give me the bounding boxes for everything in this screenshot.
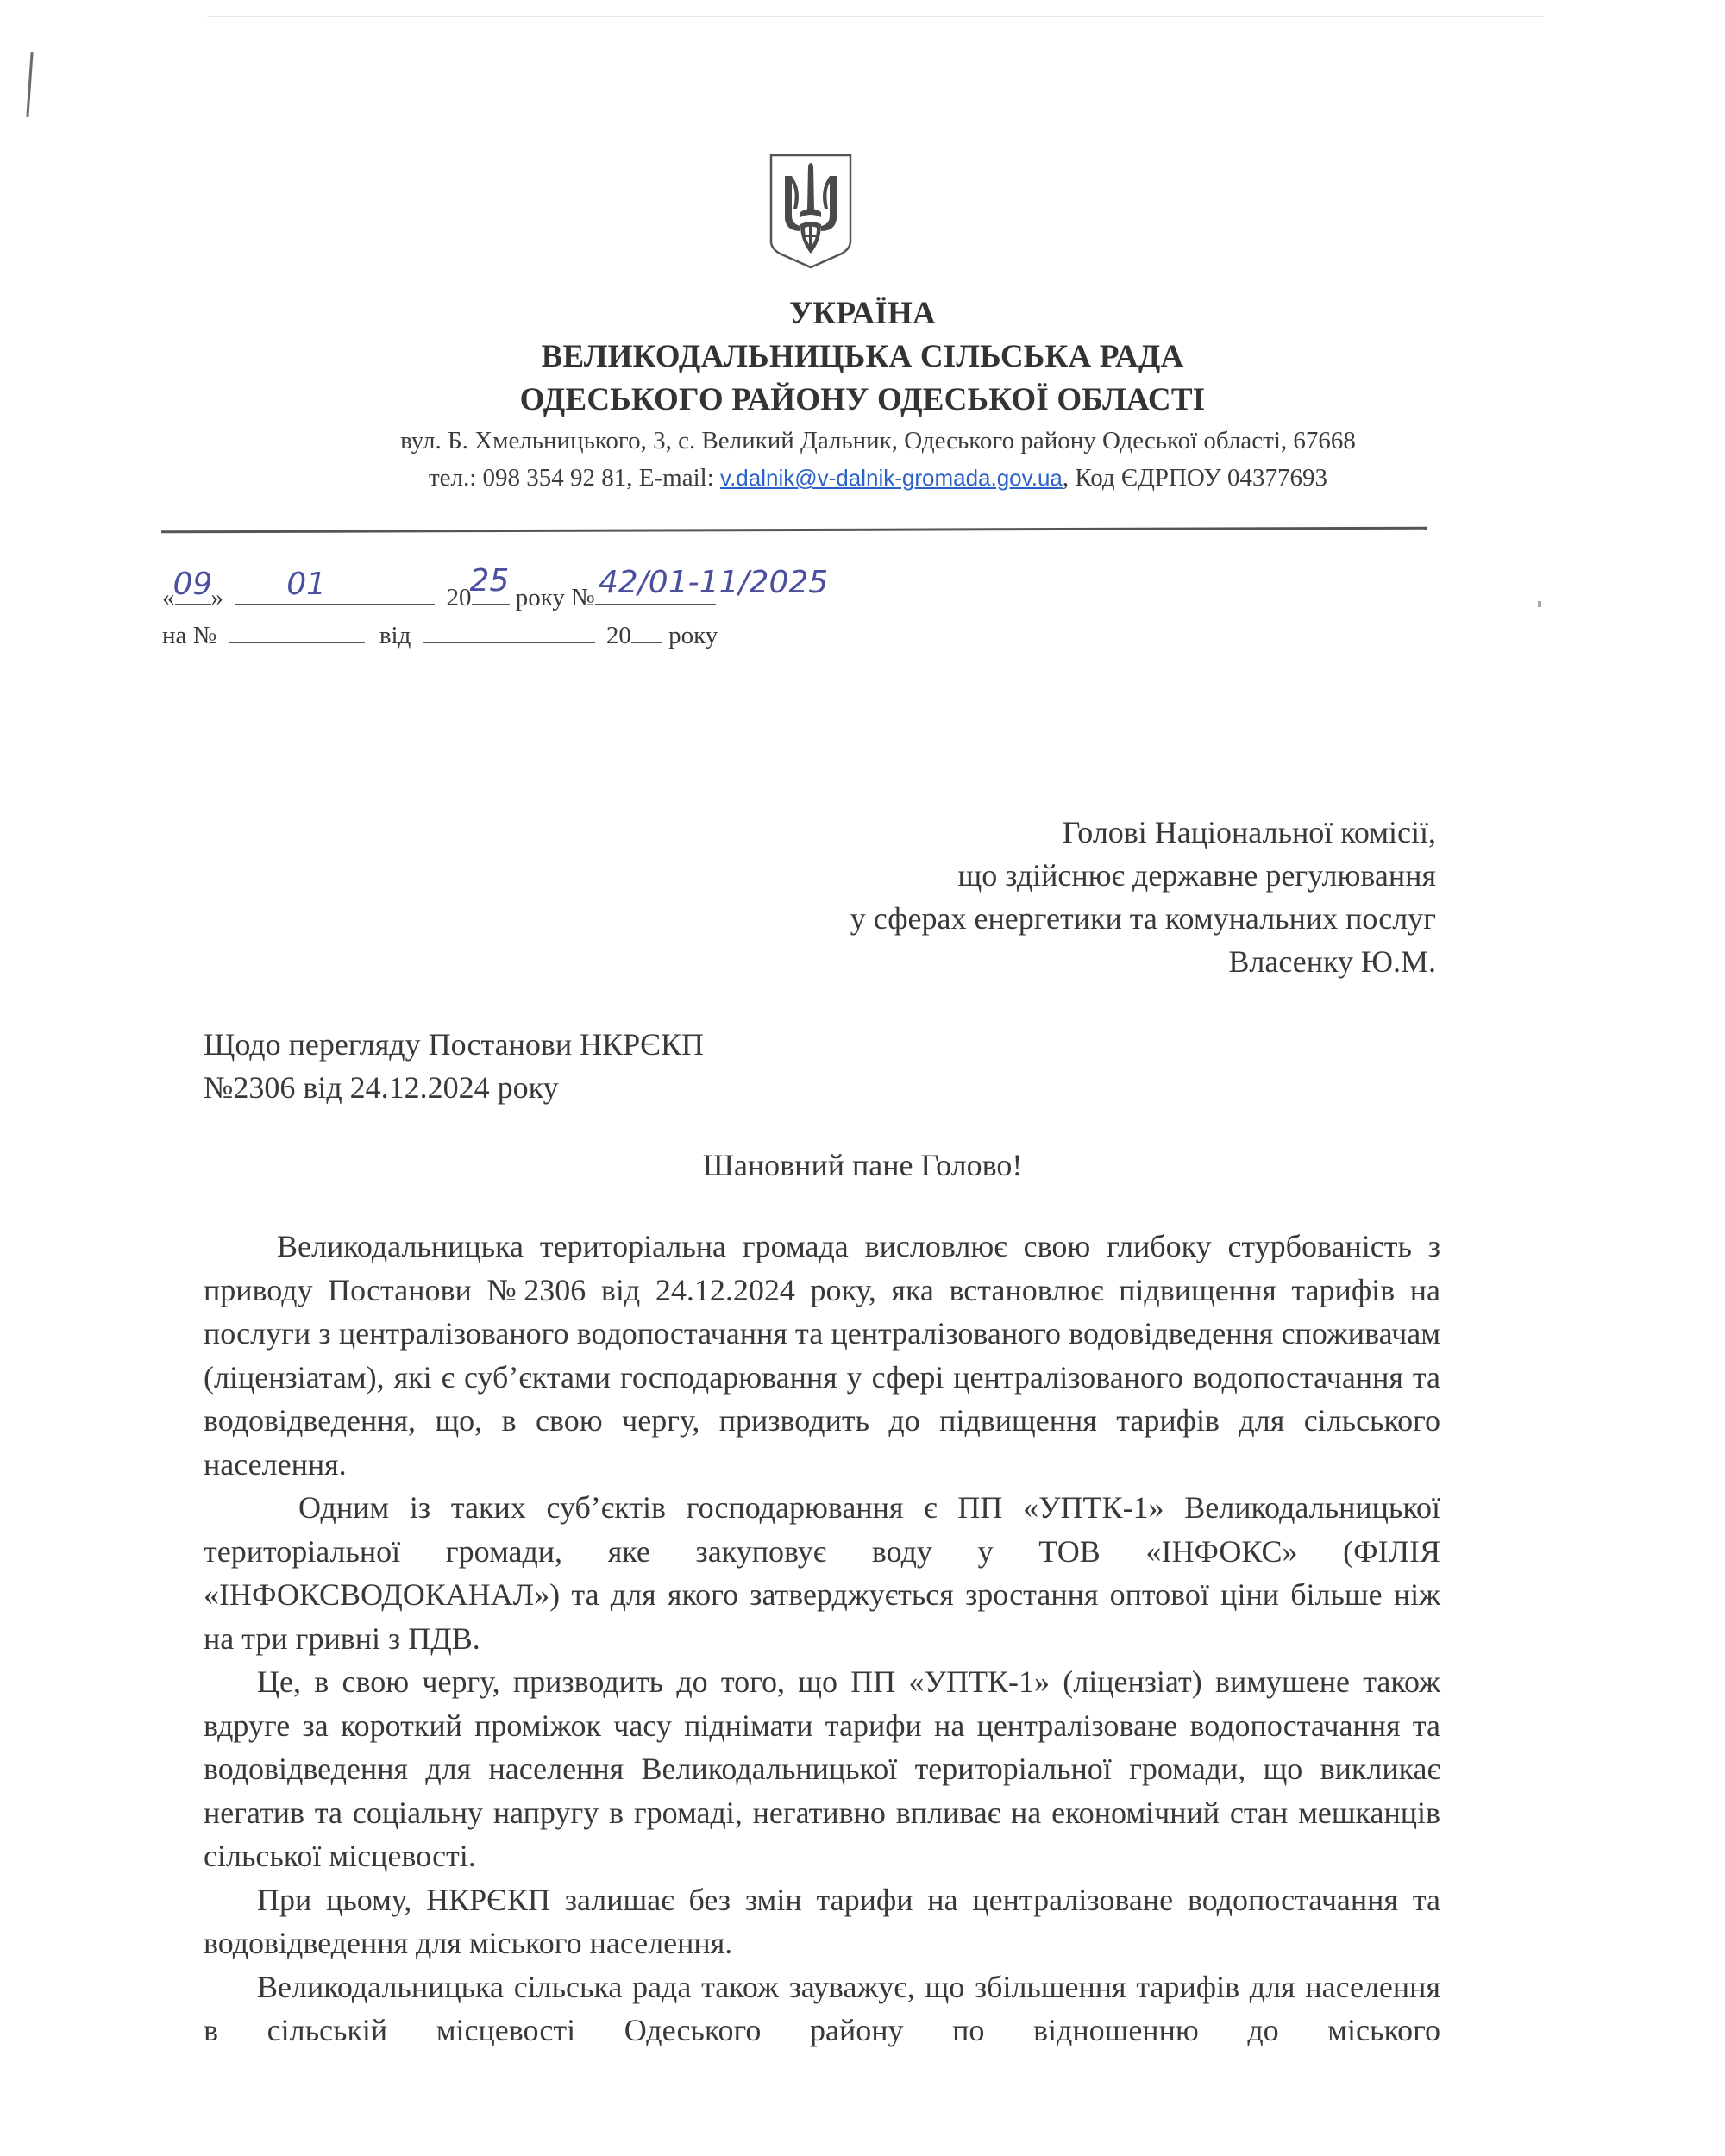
- year-field[interactable]: 25: [472, 580, 510, 605]
- subject-line: Щодо перегляду Постанови НКРЄКП: [204, 1023, 704, 1066]
- ref-number-field[interactable]: [229, 617, 365, 643]
- incoming-reference-line: на № від 20 року: [162, 617, 718, 650]
- council-heading: ВЕЛИКОДАЛЬНИЦЬКА СІЛЬСЬКА РАДА: [0, 338, 1725, 375]
- subject-block: Щодо перегляду Постанови НКРЄКП №2306 ві…: [204, 1023, 704, 1109]
- addressee-block: Голові Національної комісії, що здійснює…: [850, 811, 1436, 983]
- scan-speck: [1538, 601, 1541, 607]
- body-paragraph: Одним із таких суб’єктів господарювання …: [204, 1486, 1440, 1660]
- contact-line: тел.: 098 354 92 81, E-mail: v.dalnik@v-…: [16, 464, 1725, 492]
- ref-year-prefix: 20: [606, 622, 631, 649]
- outgoing-registration-line: «09» 01 2025 року №42/01-11/2025: [162, 580, 716, 612]
- addressee-line: у сферах енергетики та комунальних послу…: [850, 897, 1436, 940]
- addressee-line: що здійснює державне регулювання: [850, 854, 1436, 897]
- body-paragraph: Великодальницька територіальна громада в…: [204, 1225, 1440, 1486]
- tryzub-coat-of-arms-icon: [766, 152, 856, 271]
- ref-from-label: від: [379, 622, 411, 649]
- ref-number-label: на №: [162, 622, 216, 649]
- email-link[interactable]: v.dalnik@v-dalnik-gromada.gov.ua: [720, 465, 1063, 491]
- year-number-label: року №: [516, 584, 595, 611]
- addressee-name: Власенку Ю.М.: [850, 940, 1436, 983]
- handwritten-number: 42/01-11/2025: [599, 565, 828, 600]
- phone-text: тел.: 098 354 92 81, E-mail:: [429, 464, 720, 492]
- body-paragraph: Великодальницька сільська рада також зау…: [204, 1965, 1440, 2053]
- month-field[interactable]: 01: [235, 580, 435, 605]
- country-heading: УКРАЇНА: [0, 295, 1725, 332]
- letterhead-divider: [161, 527, 1427, 534]
- handwritten-month: 01: [286, 567, 326, 602]
- postal-address: вул. Б. Хмельницького, 3, с. Великий Дал…: [16, 427, 1725, 455]
- subject-line: №2306 від 24.12.2024 року: [204, 1066, 704, 1109]
- year-prefix: 20: [447, 584, 472, 611]
- ref-year-field[interactable]: [631, 617, 662, 643]
- edrpou-code: , Код ЄДРПОУ 04377693: [1063, 464, 1327, 492]
- scan-top-edge: [207, 16, 1544, 17]
- quote-close: »: [211, 584, 224, 611]
- day-field[interactable]: 09: [175, 580, 211, 605]
- body-paragraph: При цьому, НКРЄКП залишає без змін тариф…: [204, 1878, 1440, 1965]
- scan-corner-mark: [26, 52, 33, 117]
- handwritten-year: 25: [470, 563, 510, 599]
- region-heading: ОДЕСЬКОГО РАЙОНУ ОДЕСЬКОЇ ОБЛАСТІ: [0, 381, 1725, 418]
- body-paragraph: Це, в свою чергу, призводить до того, що…: [204, 1660, 1440, 1878]
- outgoing-number-field[interactable]: 42/01-11/2025: [595, 580, 716, 605]
- ref-year-label: року: [668, 622, 718, 649]
- ref-date-field[interactable]: [423, 617, 595, 643]
- salutation: Шановний пане Голово!: [0, 1147, 1725, 1183]
- handwritten-day: 09: [173, 567, 213, 602]
- letter-body: Великодальницька територіальна громада в…: [204, 1225, 1440, 2053]
- addressee-line: Голові Національної комісії,: [850, 811, 1436, 854]
